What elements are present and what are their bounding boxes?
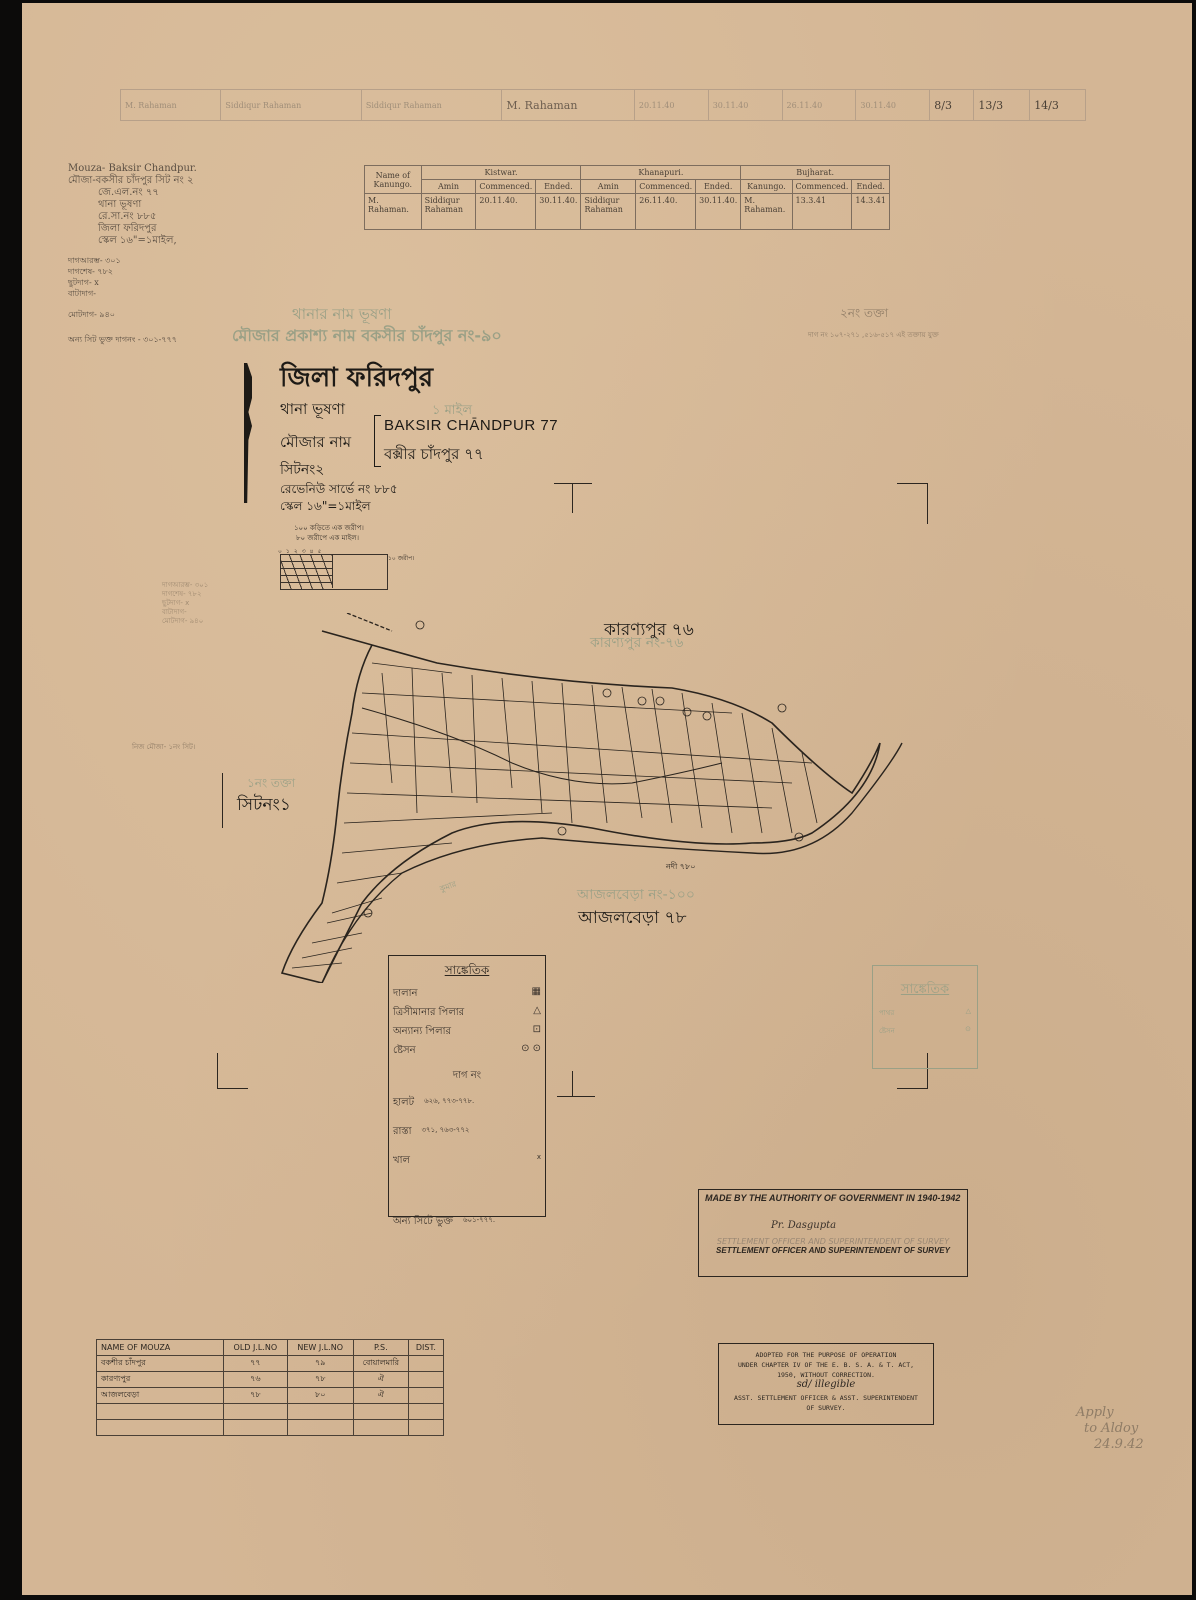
legend-dag-item: রাস্তা৩৭১, ৭৬৩-৭৭২	[393, 1124, 541, 1141]
header-amin: Amin	[421, 180, 476, 194]
header-commenced: Commenced.	[636, 180, 696, 194]
adoption-line: UNDER CHAPTER IV OF THE E. B. S. A. & T.…	[719, 1360, 933, 1370]
other-pillar-icon: ⊡	[533, 1024, 541, 1041]
scale-tick: ২	[294, 548, 302, 555]
adoption-footer: ASST. SETTLEMENT OFFICER & ASST. SUPERIN…	[719, 1393, 933, 1403]
district-title: জিলা ফরিদপুর	[280, 357, 433, 401]
legend-label: অন্যান্য পিলার	[393, 1024, 451, 1041]
map-legend: সাঙ্কেতিক দালান▦ ত্রিসীমানার পিলার△ অন্য…	[388, 955, 546, 1217]
scale-ticks: ০১২৩৪৫	[278, 546, 325, 557]
faint-legend-item: ষ্টেসন⊙	[879, 1025, 971, 1037]
header-commenced: Commenced.	[476, 180, 536, 194]
faint-legend-label: পাথর	[879, 1007, 894, 1019]
legend-label: দালান	[393, 986, 417, 1003]
legend-label: ষ্টেসন	[393, 1043, 416, 1060]
cell-kistwar-amin: Siddiqur Rahaman	[421, 194, 476, 230]
header-mouza-name: NAME OF MOUZA	[97, 1340, 224, 1356]
table-row	[97, 1404, 444, 1420]
river-bank	[322, 743, 902, 983]
header-old-jl: OLD J.L.NO	[224, 1340, 288, 1356]
faint-cell: 14/3	[1030, 90, 1086, 121]
faint-cell: 20.11.40	[634, 90, 708, 121]
scale-tick: ৪	[310, 548, 318, 555]
registration-mark	[897, 483, 928, 524]
faint-progress-table: M. Rahaman Siddiqur Rahaman Siddiqur Rah…	[120, 89, 1086, 121]
faint-sheet-note: দাগ নং ১০৭-২৭১ ,৫১৬-৫১৭ এই তক্তায় যুক্ত	[808, 329, 939, 341]
scale-end-label: ১০ জরীপ।	[388, 553, 414, 564]
legend-value: ৩৭১, ৭৬৩-৭৭২	[422, 1124, 470, 1141]
pencil-dag-line: ছুটদাগ- x	[68, 277, 197, 288]
adoption-line: ADOPTED FOR THE PURPOSE OF OPERATION	[719, 1350, 933, 1360]
legend-dag-item: হালট৬২৬, ৭৭৩-৭৭৮.	[393, 1095, 541, 1112]
margin-pencil-note: Apply to Aldoy 24.9.42	[1076, 1405, 1144, 1453]
cell-khanapuri-commenced: 26.11.40.	[636, 194, 696, 230]
header-commenced: Commenced.	[792, 180, 852, 194]
cell: কারণ্যপুর	[97, 1372, 224, 1388]
faint-calc-line: দাগশেষ- ৭৮২	[162, 590, 208, 599]
cell-kistwar-commenced: 20.11.40.	[476, 194, 536, 230]
registration-mark	[572, 1071, 574, 1096]
adjacent-sheet-label: সিটনং১	[237, 792, 291, 820]
faint-legend-title: সাঙ্কেতিক	[879, 980, 971, 1001]
scale-bar	[280, 554, 388, 590]
officer-title-faint: SETTLEMENT OFFICER AND SUPERINTENDENT OF…	[699, 1237, 967, 1246]
registration-mark	[557, 1071, 595, 1097]
legend-label: অন্য সিটে ভুক্ত	[393, 1214, 453, 1231]
header-ended: Ended.	[536, 180, 581, 194]
cell: ৭৭	[224, 1356, 288, 1372]
cell: বোয়ালমারি	[353, 1356, 408, 1372]
cell: ৭৮	[224, 1388, 288, 1404]
pencil-line: জিলা ফরিদপুর	[98, 223, 197, 235]
south-neighbor-faint-label: আজলবেড়া নং-১০০	[577, 883, 695, 907]
table-row: কারণ্যপুর ৭৬ ৭৮ ঐ	[97, 1372, 444, 1388]
pencil-line: রে.সা.নং ৮৮৫	[98, 211, 197, 223]
scale-tick: ১	[286, 548, 294, 555]
legend-label: খাল	[393, 1153, 410, 1170]
faint-calc-line: বাটাদাগ-	[162, 608, 208, 617]
cell: আজলবেড়া	[97, 1388, 224, 1404]
header-kistwar: Kistwar.	[421, 166, 581, 180]
pencil-mouza: Mouza- Baksir Chandpur.	[68, 163, 197, 175]
header-kanungo-col: Kanungo.	[741, 180, 792, 194]
north-neighbor-faint-label: কারণ্যপুর নং-৭৬	[590, 631, 683, 655]
cell: ঐ	[353, 1388, 408, 1404]
header-khanapuri: Khanapuri.	[581, 166, 741, 180]
legend-value: x	[537, 1153, 541, 1170]
legend-item: ত্রিসীমানার পিলার△	[393, 1005, 541, 1022]
faint-cell: 30.11.40	[856, 90, 930, 121]
cell-kistwar-ended: 30.11.40.	[536, 194, 581, 230]
registration-mark	[222, 773, 224, 828]
map-sheet: M. Rahaman Siddiqur Rahaman Siddiqur Rah…	[22, 3, 1192, 1595]
cell: ৭৬	[224, 1372, 288, 1388]
authority-box: MADE BY THE AUTHORITY OF GOVERNMENT IN 1…	[698, 1189, 968, 1277]
faint-calculations: দাগআরম্ভ- ৩০১ দাগশেষ- ৭৮২ ছুটদাগ- x বাটা…	[162, 581, 208, 626]
table-row	[97, 1420, 444, 1436]
sheet-number: সিটনং২	[280, 458, 324, 482]
pencil-line: মৌজা-বকসীর চাঁদপুর সিট নং ২	[68, 175, 197, 187]
pencil-line: জে.এল.নং ৭৭	[98, 187, 197, 199]
registration-mark	[572, 483, 574, 513]
title-ornament	[244, 363, 252, 503]
cell-khanapuri-ended: 30.11.40.	[696, 194, 741, 230]
scale-tick: ৫	[318, 548, 326, 555]
cell: ঐ	[353, 1372, 408, 1388]
legend-value: ৬২৬, ৭৭৩-৭৭৮.	[424, 1095, 474, 1112]
pencil-dag-line: মোটদাগ- ৯৪০	[68, 309, 197, 320]
pencil-notes: Mouza- Baksir Chandpur. মৌজা-বকসীর চাঁদপ…	[68, 163, 197, 345]
legend-item: অন্যান্য পিলার⊡	[393, 1024, 541, 1041]
margin-note-line: Apply	[1076, 1405, 1144, 1421]
stone-icon: △	[966, 1007, 971, 1019]
cell-bujharat-commenced: 13.3.41	[792, 194, 852, 230]
cell	[408, 1372, 443, 1388]
south-neighbor-label: আজলবেড়া ৭৮	[578, 905, 687, 933]
legend-value: ৬০১-৭৭৭.	[463, 1214, 495, 1231]
cell	[408, 1356, 443, 1372]
mouza-bracket	[374, 415, 381, 467]
cell: ৮০	[287, 1388, 353, 1404]
faint-cell: 13/3	[974, 90, 1030, 121]
cell-bujharat-ended: 14.3.41	[852, 194, 890, 230]
cell	[408, 1388, 443, 1404]
station-icon: ⊙	[965, 1025, 971, 1037]
table-row: বকশীর চাঁদপুর ৭৭ ৭৯ বোয়ালমারি	[97, 1356, 444, 1372]
faint-calc-line: দাগআরম্ভ- ৩০১	[162, 581, 208, 590]
header-ps: P.S.	[353, 1340, 408, 1356]
trijunction-pillar-icon: △	[533, 1005, 541, 1022]
mouza-label: মৌজার নাম	[280, 431, 351, 456]
mouza-name-bengali: বক্সীর চাঁদপুর ৭৭	[384, 443, 484, 468]
scale-note-1: ১০০ কড়িতে এক জরীপ।	[294, 523, 364, 533]
asst-officer-signature: sd/ illegible	[719, 1380, 933, 1393]
cell-khanapuri-amin: Siddiqur Rahaman	[581, 194, 636, 230]
faint-cell: Siddiqur Rahaman	[221, 90, 361, 121]
faint-cell: 30.11.40	[708, 90, 782, 121]
cell: বকশীর চাঁদপুর	[97, 1356, 224, 1372]
header-bujharat: Bujharat.	[741, 166, 890, 180]
scale-divider	[332, 554, 333, 588]
pencil-line: থানা ভূষণা	[98, 199, 197, 211]
faint-calc-line: মোটদাগ- ৯৪০	[162, 617, 208, 626]
faint-calc-line: ছুটদাগ- x	[162, 599, 208, 608]
scale-notes: ১০০ কড়িতে এক জরীপ। ৮০ জরীপে এক মাইল।	[294, 523, 364, 543]
header-amin: Amin	[581, 180, 636, 194]
header-ended: Ended.	[696, 180, 741, 194]
faint-cell: M. Rahaman	[121, 90, 221, 121]
pencil-other-sheet: অন্য সিট ভুক্ত দাগনং - ৩০১-৭৭৭	[68, 334, 197, 345]
header-new-jl: NEW J.L.NO	[287, 1340, 353, 1356]
registration-mark	[217, 1053, 248, 1089]
cell: ৭৯	[287, 1356, 353, 1372]
faint-legend: সাঙ্কেতিক পাথর△ ষ্টেসন⊙	[872, 965, 978, 1069]
table-row: আজলবেড়া ৭৮ ৮০ ঐ	[97, 1388, 444, 1404]
legend-dag-header: দাগ নং	[393, 1068, 541, 1085]
cell-bujharat-kanungo: M. Rahaman.	[741, 194, 792, 230]
mouza-table: NAME OF MOUZA OLD J.L.NO NEW J.L.NO P.S.…	[96, 1339, 444, 1436]
cell-kanungo: M. Rahaman.	[365, 194, 422, 230]
cell: ৭৮	[287, 1372, 353, 1388]
header-dist: DIST.	[408, 1340, 443, 1356]
margin-note-line: 24.9.42	[1076, 1437, 1144, 1453]
officer-signature: Pr. Dasgupta	[699, 1206, 967, 1231]
legend-title: সাঙ্কেতিক	[393, 962, 541, 982]
mouza-name-english: BAKSIR CHĀNDPUR 77	[384, 417, 558, 434]
survey-progress-table: Name of Kanungo. Kistwar. Khanapuri. Buj…	[364, 165, 890, 230]
faint-mouza-name: মৌজার প্রকাশ্য নাম বকসীর চাঁদপুর নং-৯০	[232, 323, 502, 350]
faint-cell: 26.11.40	[782, 90, 856, 121]
header-kanungo: Name of Kanungo.	[365, 166, 422, 194]
map-scale: স্কেল ১৬"=১মাইল	[280, 498, 371, 518]
adjacent-sheet-note: নিজ মৌজা- ১নং সিট।	[132, 743, 195, 752]
pencil-dag-line: দাগশেষ- ৭৮২	[68, 266, 197, 277]
officer-title: SETTLEMENT OFFICER AND SUPERINTENDENT OF…	[699, 1246, 967, 1255]
margin-note-line: to Aldoy	[1076, 1421, 1144, 1437]
legend-label: রাস্তা	[393, 1124, 412, 1141]
faint-legend-item: পাথর△	[879, 1007, 971, 1019]
faint-cell: 8/3	[930, 90, 974, 121]
river-label: নদী ৭৮০	[666, 861, 695, 874]
pencil-dag-line: দাগআরম্ভ- ৩০১	[68, 255, 197, 266]
faint-cell: M. Rahaman	[502, 90, 635, 121]
adoption-footer: OF SURVEY.	[719, 1403, 933, 1413]
legend-other-sheet: অন্য সিটে ভুক্ত৬০১-৭৭৭.	[393, 1214, 541, 1231]
legend-item: ষ্টেসন⊙ ⊙	[393, 1043, 541, 1060]
adoption-box: ADOPTED FOR THE PURPOSE OF OPERATION UND…	[718, 1343, 934, 1425]
legend-label: ত্রিসীমানার পিলার	[393, 1005, 464, 1022]
legend-label: হালট	[393, 1095, 414, 1112]
pencil-dag-line: বাটাদাগ-	[68, 288, 197, 299]
scale-tick: ৩	[302, 548, 310, 555]
authority-text: MADE BY THE AUTHORITY OF GOVERNMENT IN 1…	[699, 1190, 967, 1206]
faint-legend-label: ষ্টেসন	[879, 1025, 895, 1037]
scale-tick: ০	[278, 548, 286, 555]
building-icon: ▦	[532, 986, 541, 1003]
legend-dag-item: খালx	[393, 1153, 541, 1170]
pencil-line: স্কেল ১৬"=১মাইল,	[98, 235, 197, 247]
faint-cell: Siddiqur Rahaman	[361, 90, 501, 121]
station-icon: ⊙ ⊙	[521, 1043, 541, 1060]
header-ended: Ended.	[852, 180, 890, 194]
thana-name: থানা ভূষণা	[280, 398, 345, 423]
scale-note-2: ৮০ জরীপে এক মাইল।	[294, 533, 364, 543]
faint-sheet-title: ২নং তক্তা	[840, 305, 888, 325]
legend-item: দালান▦	[393, 986, 541, 1003]
